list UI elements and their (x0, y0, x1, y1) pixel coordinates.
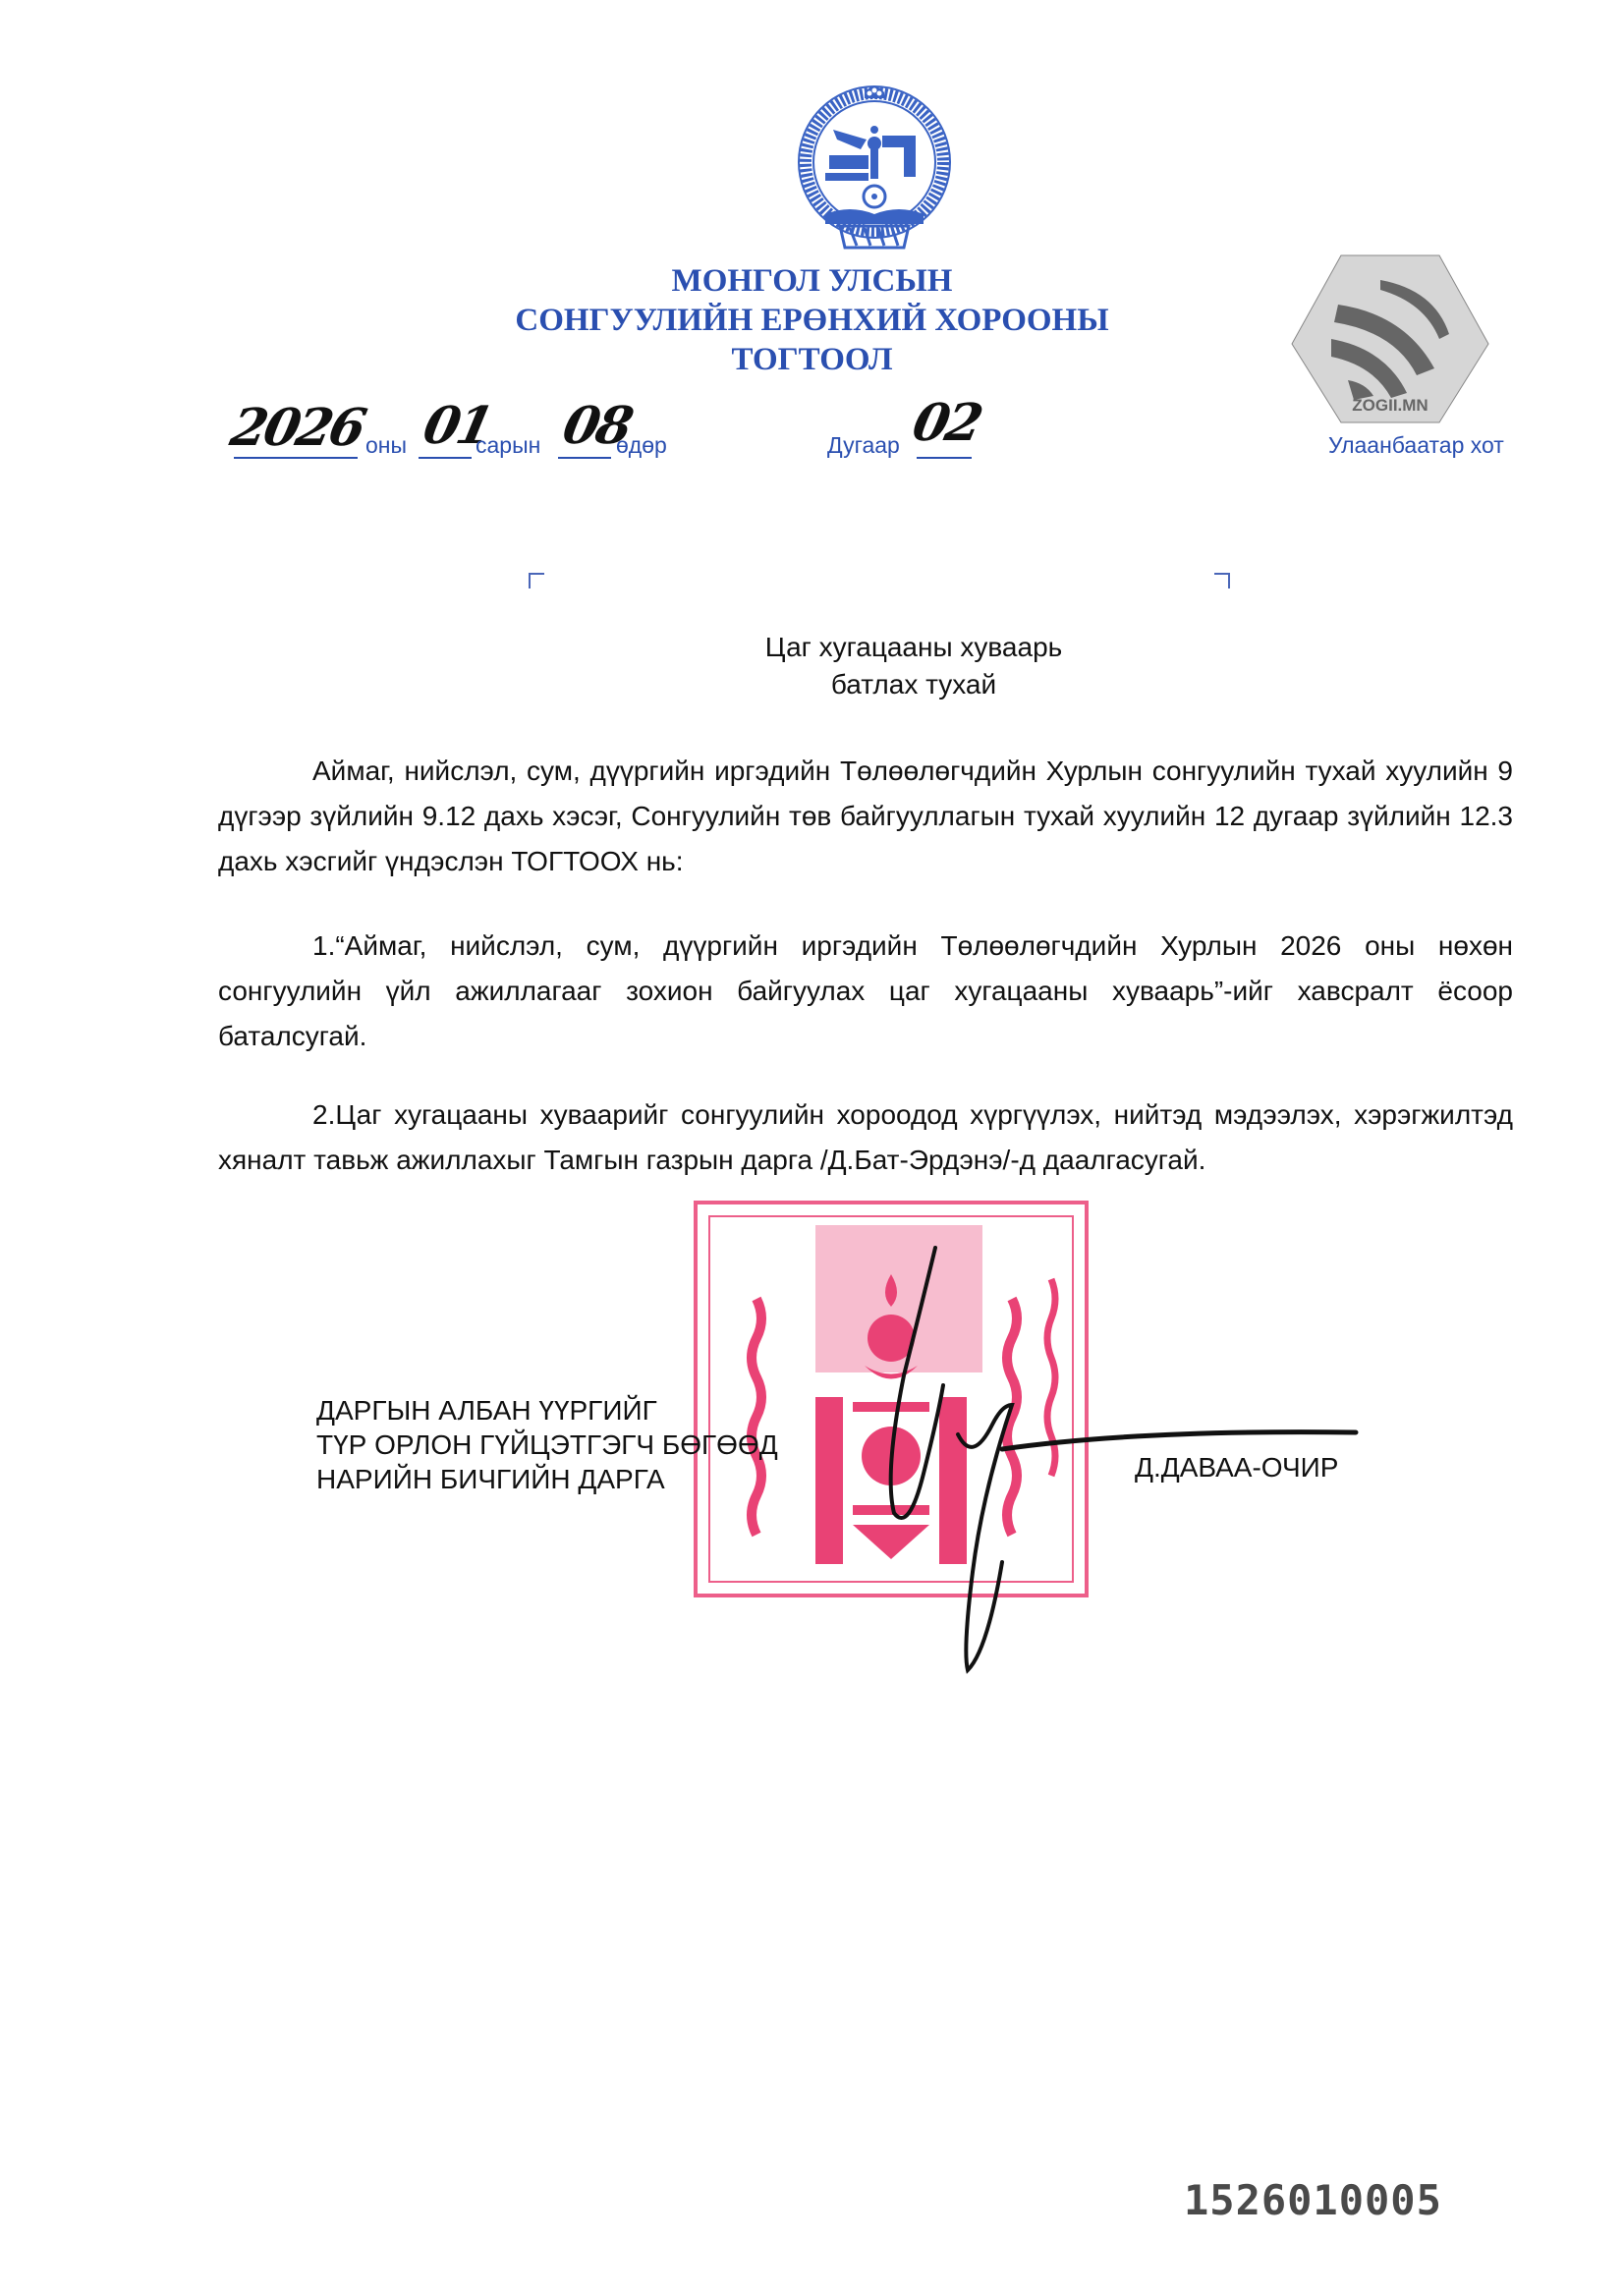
day-label: өдөр (616, 432, 667, 459)
mongolia-state-emblem-icon (796, 79, 953, 251)
number-handwritten: 02 (908, 398, 983, 449)
signatory-title-line-1: ДАРГЫН АЛБАН ҮҮРГИЙГ (316, 1393, 778, 1428)
corner-mark-right (1214, 573, 1230, 588)
resolution-item-1: 1.“Аймаг, нийслэл, сум, дүүргийн иргэдий… (218, 924, 1513, 1059)
month-label: сарын (476, 432, 540, 459)
number-label: Дугаар (827, 432, 900, 459)
resolution-item-2: 2.Цаг хугацааны хуваарийг сонгуулийн хор… (218, 1092, 1513, 1183)
year-label: оны (365, 432, 407, 459)
subject-line-2: батлах тухай (0, 666, 1624, 703)
svg-text:ZOGII.MN: ZOGII.MN (1352, 396, 1428, 415)
signatory-title-line-3: НАРИЙН БИЧГИЙН ДАРГА (316, 1462, 778, 1496)
zogii-logo-icon: ZOGII.MN (1287, 246, 1493, 432)
signatory-title: ДАРГЫН АЛБАН ҮҮРГИЙГ ТҮР ОРЛОН ГҮЙЦЭТГЭГ… (316, 1393, 778, 1496)
corner-mark-left (529, 573, 544, 588)
year-handwritten: 2026 (226, 403, 367, 454)
city-label: Улаанбаатар хот (1328, 432, 1504, 459)
serial-number: 1526010005 (1184, 2176, 1442, 2224)
handwritten-signature-icon (865, 1238, 1375, 1700)
subject-line-1: Цаг хугацааны хуваарь (0, 629, 1624, 666)
month-underline (419, 457, 472, 459)
day-underline (558, 457, 611, 459)
preamble-paragraph: Аймаг, нийслэл, сум, дүүргийн иргэдийн Т… (218, 749, 1513, 884)
signatory-title-line-2: ТҮР ОРЛОН ГҮЙЦЭТГЭГЧ БӨГӨӨД (316, 1428, 778, 1462)
number-underline (917, 457, 972, 459)
